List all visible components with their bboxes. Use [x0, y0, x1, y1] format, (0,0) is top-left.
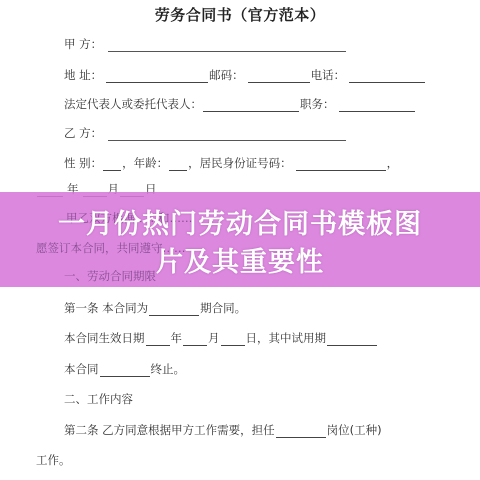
- banner-line2: 片及其重要性: [0, 244, 480, 282]
- article2-continuation: 工作。: [36, 452, 71, 468]
- contract-page: 劳务合同书（官方范本） 甲 方： 地 址： 邮码： 电话： 法定代表人或委托代表…: [0, 0, 480, 480]
- effective-year-label: 年: [171, 330, 183, 346]
- party-b-row: 乙 方：: [64, 125, 347, 141]
- article2-continuation-text: 工作。: [36, 452, 71, 468]
- banner-line1: 一月份热门劳动合同书模板图: [0, 206, 480, 244]
- legal-rep-row: 法定代表人或委托代表人： 职务：: [64, 96, 416, 112]
- probation-blank[interactable]: [327, 334, 377, 346]
- party-a-row: 甲 方：: [64, 36, 347, 52]
- section2-heading-text: 二、工作内容: [64, 391, 133, 407]
- effective-month-blank[interactable]: [183, 334, 207, 346]
- age-label: ，年龄：: [122, 155, 168, 171]
- document-title: 劳务合同书（官方范本）: [0, 4, 480, 25]
- effective-month-label: 月: [208, 330, 220, 346]
- party-b-blank[interactable]: [108, 129, 346, 141]
- personal-info-row: 性 别： ，年龄： ，居民身份证号码： ，: [64, 155, 398, 171]
- party-a-label: 甲 方：: [64, 36, 102, 52]
- article1-row: 第一条 本合同为 期合同。: [64, 300, 246, 316]
- job-position-blank[interactable]: [276, 426, 326, 438]
- address-label: 地 址：: [64, 67, 102, 83]
- gender-label: 性 别：: [64, 155, 102, 171]
- legal-rep-blank[interactable]: [203, 100, 299, 112]
- id-trailing-comma: ，: [387, 155, 399, 171]
- age-blank[interactable]: [169, 159, 187, 171]
- party-b-label: 乙 方：: [64, 125, 102, 141]
- party-a-blank[interactable]: [108, 40, 346, 52]
- gender-blank[interactable]: [103, 159, 121, 171]
- postcode-blank[interactable]: [248, 71, 310, 83]
- position-blank[interactable]: [339, 100, 415, 112]
- effective-label: 本合同生效日期: [64, 330, 145, 346]
- phone-blank[interactable]: [349, 71, 425, 83]
- phone-label: 电话：: [311, 67, 346, 83]
- article2-row: 第二条 乙方同意根据甲方工作需要，担任 岗位(工种): [64, 422, 382, 438]
- effective-year-blank[interactable]: [146, 334, 170, 346]
- postcode-label: 邮码：: [209, 67, 244, 83]
- section2-heading: 二、工作内容: [64, 391, 133, 407]
- banner-headline: 一月份热门劳动合同书模板图 片及其重要性: [0, 206, 480, 282]
- article1-text: 第一条 本合同为: [64, 300, 148, 316]
- article1-suffix: 期合同。: [200, 300, 246, 316]
- termination-suffix: 终止。: [151, 361, 186, 377]
- termination-blank[interactable]: [100, 365, 150, 377]
- article2-suffix: 岗位(工种): [327, 422, 382, 438]
- id-number-blank[interactable]: [296, 159, 386, 171]
- termination-label: 本合同: [64, 361, 99, 377]
- effective-day-label: 日，其中试用期: [246, 330, 327, 346]
- effective-day-blank[interactable]: [221, 334, 245, 346]
- legal-rep-label: 法定代表人或委托代表人：: [64, 96, 202, 112]
- effective-date-row: 本合同生效日期 年 月 日，其中试用期: [64, 330, 378, 346]
- id-label: ，居民身份证号码：: [188, 155, 292, 171]
- article2-text: 第二条 乙方同意根据甲方工作需要，担任: [64, 422, 275, 438]
- address-row: 地 址： 邮码： 电话：: [64, 67, 426, 83]
- position-label: 职务：: [300, 96, 335, 112]
- address-blank[interactable]: [106, 71, 208, 83]
- contract-term-blank[interactable]: [149, 304, 199, 316]
- termination-row: 本合同 终止。: [64, 361, 185, 377]
